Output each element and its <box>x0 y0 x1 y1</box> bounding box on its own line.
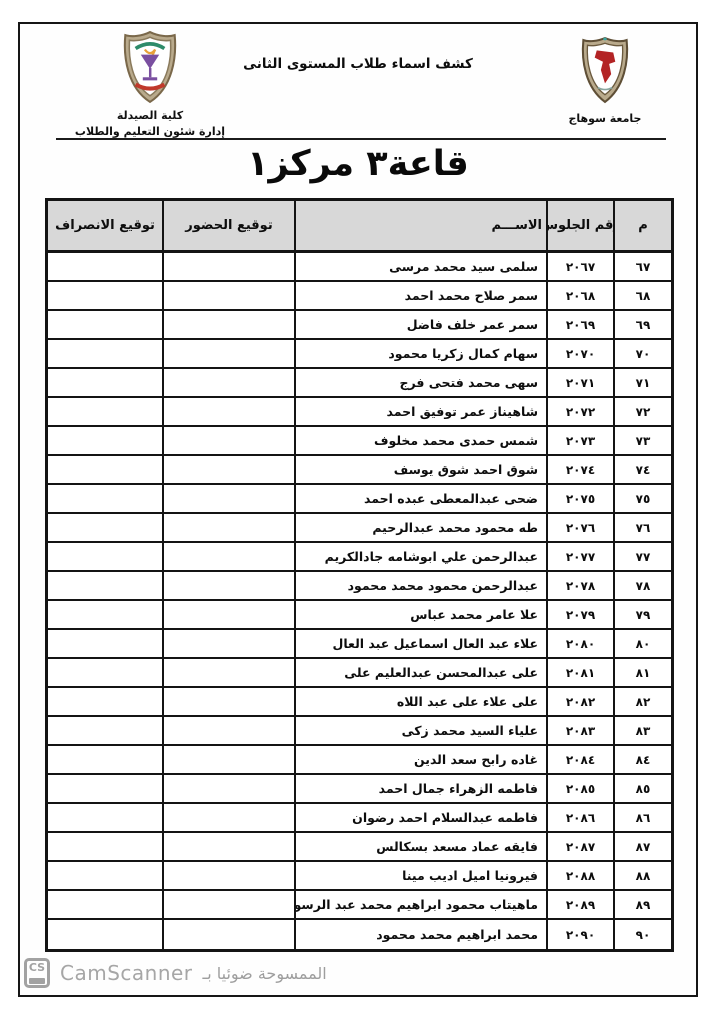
student-name: علياء السيد محمد زكى <box>294 717 546 744</box>
camscanner-brand-text: CamScanner <box>60 961 193 985</box>
header-divider <box>56 138 666 140</box>
table-row: ٦٩٢٠٦٩سمر عمر خلف فاضل <box>48 311 671 340</box>
row-number: ٦٧ <box>613 253 671 280</box>
departure-signature-cell <box>48 369 162 396</box>
departure-signature-cell <box>48 572 162 599</box>
student-name: سلمى سيد محمد مرسى <box>294 253 546 280</box>
seat-number: ٢٠٧٣ <box>546 427 613 454</box>
departure-signature-cell <box>48 398 162 425</box>
departure-signature-cell <box>48 282 162 309</box>
table-row: ٦٨٢٠٦٨سمر صلاح محمد احمد <box>48 282 671 311</box>
seat-number: ٢٠٧١ <box>546 369 613 396</box>
university-logo-block: جامعة سوهاج <box>550 36 660 125</box>
table-row: ٩٠٢٠٩٠محمد ابراهيم محمد محمود <box>48 920 671 949</box>
seat-number: ٢٠٦٨ <box>546 282 613 309</box>
table-row: ٨٣٢٠٨٣علياء السيد محمد زكى <box>48 717 671 746</box>
attendance-signature-cell <box>162 427 294 454</box>
departure-signature-cell <box>48 920 162 949</box>
table-row: ٨٨٢٠٨٨فيرونيا اميل اديب مينا <box>48 862 671 891</box>
attendance-signature-cell <box>162 456 294 483</box>
col-header-seat: رقم الجلوس <box>546 201 613 250</box>
students-table: م رقم الجلوس الاســـم توقيع الحضور توقيع… <box>45 198 674 952</box>
pharmacy-faculty-logo-icon <box>121 30 179 104</box>
attendance-signature-cell <box>162 659 294 686</box>
departure-signature-cell <box>48 804 162 831</box>
camscanner-logo-icon: CS <box>24 958 50 988</box>
student-name: شمس حمدى محمد مخلوف <box>294 427 546 454</box>
row-number: ٧٨ <box>613 572 671 599</box>
seat-number: ٢٠٨٣ <box>546 717 613 744</box>
student-name: سهام كمال زكريا محمود <box>294 340 546 367</box>
attendance-signature-cell <box>162 543 294 570</box>
table-row: ٧٥٢٠٧٥ضحى عبدالمعطى عبده احمد <box>48 485 671 514</box>
departure-signature-cell <box>48 717 162 744</box>
seat-number: ٢٠٧٠ <box>546 340 613 367</box>
seat-number: ٢٠٦٧ <box>546 253 613 280</box>
departure-signature-cell <box>48 427 162 454</box>
row-number: ٦٩ <box>613 311 671 338</box>
table-row: ٨٦٢٠٨٦فاطمه عبدالسلام احمد رضوان <box>48 804 671 833</box>
attendance-signature-cell <box>162 514 294 541</box>
table-row: ٧٠٢٠٧٠سهام كمال زكريا محمود <box>48 340 671 369</box>
table-row: ٧٧٢٠٧٧عبدالرحمن علي ابوشامه جادالكريم <box>48 543 671 572</box>
table-row: ٧٩٢٠٧٩علا عامر محمد عباس <box>48 601 671 630</box>
student-name: علاء عبد العال اسماعيل عبد العال <box>294 630 546 657</box>
attendance-signature-cell <box>162 398 294 425</box>
attendance-signature-cell <box>162 746 294 773</box>
departure-signature-cell <box>48 601 162 628</box>
faculty-logo-block: كلية الصيدلة إدارة شئون التعليم والطلاب <box>60 30 240 140</box>
row-number: ٧٠ <box>613 340 671 367</box>
student-name: طه محمود محمد عبدالرحيم <box>294 514 546 541</box>
row-number: ٨٧ <box>613 833 671 860</box>
col-header-index: م <box>613 201 671 250</box>
departure-signature-cell <box>48 456 162 483</box>
attendance-signature-cell <box>162 833 294 860</box>
hall-title: قاعة٣ مركز١ <box>20 144 696 184</box>
departure-signature-cell <box>48 688 162 715</box>
row-number: ٧٦ <box>613 514 671 541</box>
row-number: ٦٨ <box>613 282 671 309</box>
student-name: فاطمه الزهراء جمال احمد <box>294 775 546 802</box>
table-row: ٨٧٢٠٨٧فايقه عماد مسعد بسكالس <box>48 833 671 862</box>
row-number: ٨٦ <box>613 804 671 831</box>
attendance-signature-cell <box>162 572 294 599</box>
table-row: ٨٤٢٠٨٤غاده رابح سعد الدين <box>48 746 671 775</box>
student-name: غاده رابح سعد الدين <box>294 746 546 773</box>
departure-signature-cell <box>48 514 162 541</box>
row-number: ٧٢ <box>613 398 671 425</box>
table-row: ٧٦٢٠٧٦طه محمود محمد عبدالرحيم <box>48 514 671 543</box>
row-number: ٨٤ <box>613 746 671 773</box>
attendance-signature-cell <box>162 862 294 889</box>
student-name: فاطمه عبدالسلام احمد رضوان <box>294 804 546 831</box>
seat-number: ٢٠٩٠ <box>546 920 613 949</box>
attendance-signature-cell <box>162 775 294 802</box>
student-name: سمر عمر خلف فاضل <box>294 311 546 338</box>
table-row: ٨٠٢٠٨٠علاء عبد العال اسماعيل عبد العال <box>48 630 671 659</box>
attendance-signature-cell <box>162 282 294 309</box>
student-name: فايقه عماد مسعد بسكالس <box>294 833 546 860</box>
seat-number: ٢٠٨٧ <box>546 833 613 860</box>
row-number: ٧٧ <box>613 543 671 570</box>
student-name: علا عامر محمد عباس <box>294 601 546 628</box>
departure-signature-cell <box>48 253 162 280</box>
student-name: عبدالرحمن علي ابوشامه جادالكريم <box>294 543 546 570</box>
row-number: ٧٤ <box>613 456 671 483</box>
departure-signature-cell <box>48 833 162 860</box>
attendance-signature-cell <box>162 601 294 628</box>
seat-number: ٢٠٨٨ <box>546 862 613 889</box>
attendance-signature-cell <box>162 630 294 657</box>
seat-number: ٢٠٧٢ <box>546 398 613 425</box>
student-name: شاهيناز عمر توفيق احمد <box>294 398 546 425</box>
table-row: ٨٥٢٠٨٥فاطمه الزهراء جمال احمد <box>48 775 671 804</box>
attendance-signature-cell <box>162 891 294 918</box>
attendance-signature-cell <box>162 311 294 338</box>
student-name: سهى محمد فتحى فرج <box>294 369 546 396</box>
table-row: ٨٢٢٠٨٢على علاء على عبد اللاه <box>48 688 671 717</box>
row-number: ٨٣ <box>613 717 671 744</box>
seat-number: ٢٠٧٦ <box>546 514 613 541</box>
seat-number: ٢٠٧٤ <box>546 456 613 483</box>
attendance-signature-cell <box>162 340 294 367</box>
attendance-signature-cell <box>162 253 294 280</box>
row-number: ٧١ <box>613 369 671 396</box>
row-number: ٨٠ <box>613 630 671 657</box>
row-number: ٨٥ <box>613 775 671 802</box>
seat-number: ٢٠٧٧ <box>546 543 613 570</box>
seat-number: ٢٠٧٩ <box>546 601 613 628</box>
page-frame: كلية الصيدلة إدارة شئون التعليم والطلاب … <box>18 22 698 997</box>
table-body: ٦٧٢٠٦٧سلمى سيد محمد مرسى٦٨٢٠٦٨سمر صلاح م… <box>48 253 671 949</box>
document-title: كشف اسماء طلاب المستوى الثانى <box>200 56 516 72</box>
departure-signature-cell <box>48 746 162 773</box>
camscanner-watermark: CS CamScanner الممسوحة ضوئيا بـ <box>22 951 327 995</box>
table-row: ٧٢٢٠٧٢شاهيناز عمر توفيق احمد <box>48 398 671 427</box>
seat-number: ٢٠٦٩ <box>546 311 613 338</box>
seat-number: ٢٠٨٦ <box>546 804 613 831</box>
seat-number: ٢٠٨٢ <box>546 688 613 715</box>
table-row: ٧٤٢٠٧٤شوق احمد شوق يوسف <box>48 456 671 485</box>
departure-signature-cell <box>48 485 162 512</box>
row-number: ٨٨ <box>613 862 671 889</box>
sohag-university-logo-icon <box>579 36 631 104</box>
col-header-attendance: توقيع الحضور <box>162 201 294 250</box>
row-number: ٧٣ <box>613 427 671 454</box>
seat-number: ٢٠٨٤ <box>546 746 613 773</box>
faculty-name: كلية الصيدلة <box>60 108 240 124</box>
departure-signature-cell <box>48 775 162 802</box>
departure-signature-cell <box>48 862 162 889</box>
row-number: ٨٢ <box>613 688 671 715</box>
table-row: ٧٣٢٠٧٣شمس حمدى محمد مخلوف <box>48 427 671 456</box>
table-header-row: م رقم الجلوس الاســـم توقيع الحضور توقيع… <box>48 201 671 253</box>
departure-signature-cell <box>48 891 162 918</box>
seat-number: ٢٠٨٩ <box>546 891 613 918</box>
departure-signature-cell <box>48 543 162 570</box>
seat-number: ٢٠٧٥ <box>546 485 613 512</box>
table-row: ٧٨٢٠٧٨عبدالرحمن محمود محمد محمود <box>48 572 671 601</box>
table-row: ٨١٢٠٨١على عبدالمحسن عبدالعليم على <box>48 659 671 688</box>
scanned-document: كلية الصيدلة إدارة شئون التعليم والطلاب … <box>0 0 720 1017</box>
student-name: ضحى عبدالمعطى عبده احمد <box>294 485 546 512</box>
table-row: ٧١٢٠٧١سهى محمد فتحى فرج <box>48 369 671 398</box>
attendance-signature-cell <box>162 804 294 831</box>
student-name: على علاء على عبد اللاه <box>294 688 546 715</box>
attendance-signature-cell <box>162 920 294 949</box>
seat-number: ٢٠٨٥ <box>546 775 613 802</box>
col-header-departure: توقيع الانصراف <box>48 201 162 250</box>
student-name: محمد ابراهيم محمد محمود <box>294 920 546 949</box>
camscanner-badge-text: CS <box>29 961 45 975</box>
col-header-name: الاســـم <box>294 201 546 250</box>
seat-number: ٢٠٨٠ <box>546 630 613 657</box>
student-name: فيرونيا اميل اديب مينا <box>294 862 546 889</box>
university-name: جامعة سوهاج <box>550 112 660 125</box>
departure-signature-cell <box>48 311 162 338</box>
table-row: ٨٩٢٠٨٩ماهيتاب محمود ابراهيم محمد عبد الر… <box>48 891 671 920</box>
scanned-with-text: الممسوحة ضوئيا بـ <box>203 964 327 983</box>
row-number: ٧٥ <box>613 485 671 512</box>
student-name: شوق احمد شوق يوسف <box>294 456 546 483</box>
departure-signature-cell <box>48 659 162 686</box>
student-name: على عبدالمحسن عبدالعليم على <box>294 659 546 686</box>
seat-number: ٢٠٨١ <box>546 659 613 686</box>
row-number: ٩٠ <box>613 920 671 949</box>
departure-signature-cell <box>48 340 162 367</box>
attendance-signature-cell <box>162 369 294 396</box>
row-number: ٧٩ <box>613 601 671 628</box>
student-name: سمر صلاح محمد احمد <box>294 282 546 309</box>
departure-signature-cell <box>48 630 162 657</box>
attendance-signature-cell <box>162 688 294 715</box>
student-name: ماهيتاب محمود ابراهيم محمد عبد الرسول <box>294 891 546 918</box>
table-row: ٦٧٢٠٦٧سلمى سيد محمد مرسى <box>48 253 671 282</box>
row-number: ٨٩ <box>613 891 671 918</box>
attendance-signature-cell <box>162 717 294 744</box>
student-name: عبدالرحمن محمود محمد محمود <box>294 572 546 599</box>
row-number: ٨١ <box>613 659 671 686</box>
attendance-signature-cell <box>162 485 294 512</box>
seat-number: ٢٠٧٨ <box>546 572 613 599</box>
